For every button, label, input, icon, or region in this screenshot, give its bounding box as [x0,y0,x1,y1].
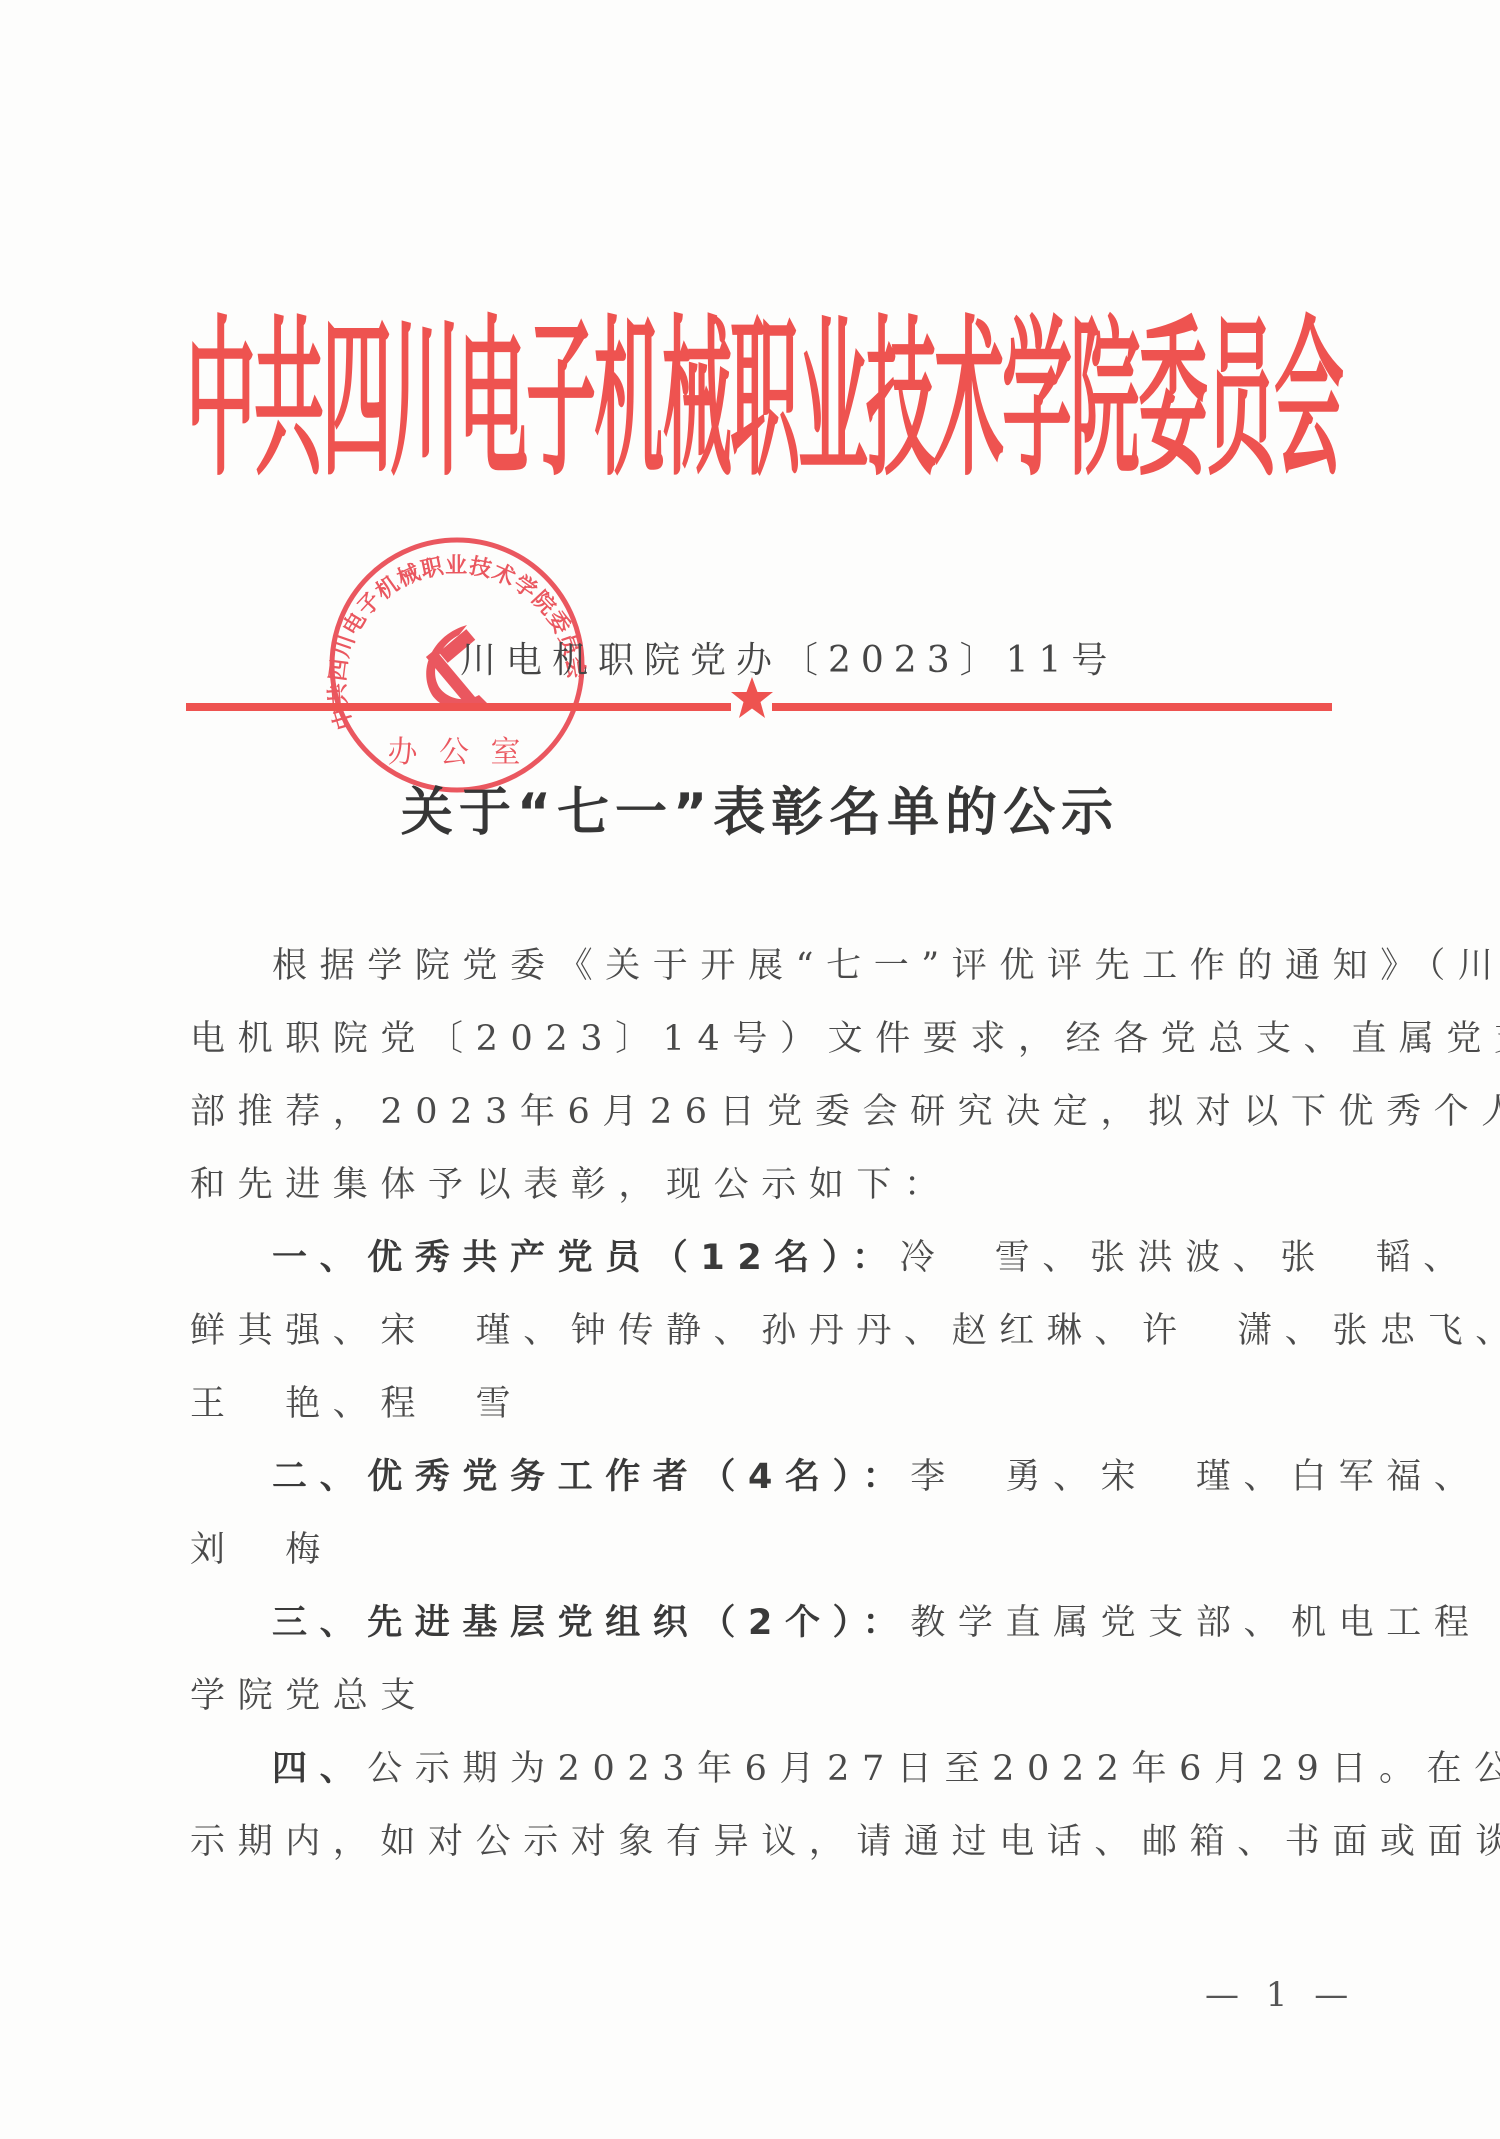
name-list-line: 王 艳、程 雪 [190,1368,1340,1441]
masthead-char: 机 [594,314,662,486]
section-excellent-members: 一、优秀共产党员（12名）：冷 雪、张洪波、张 韬、 [190,1222,1340,1295]
paragraph-line: 部推荐，2023年6月26日党委会研究决定，拟对以下优秀个人 [190,1076,1340,1149]
masthead-char: 共 [254,314,322,486]
page-number: — 1 — [1205,1975,1356,2015]
notice-body: 根据学院党委《关于开展“七一”评优评先工作的通知》（川 电机职院党〔2023〕1… [190,930,1340,1879]
paragraph-text: 公示期为2023年6月27日至2022年6月29日。在公 [367,1749,1500,1789]
masthead-char: 术 [934,314,1002,486]
masthead-char: 院 [1070,314,1138,486]
name-list: 李 勇、宋 瑾、白军福、 [910,1457,1481,1497]
section-heading: 四、 [272,1749,367,1789]
section-heading: 一、优秀共产党员（12名）： [272,1238,900,1278]
masthead-char: 委 [1138,314,1206,486]
masthead-char: 技 [866,314,934,486]
paragraph-line: 根据学院党委《关于开展“七一”评优评先工作的通知》（川 [190,930,1340,1003]
paragraph-line: 示期内，如对公示对象有异议，请通过电话、邮箱、书面或面谈 [190,1806,1340,1879]
paragraph-line: 电机职院党〔2023〕14号）文件要求，经各党总支、直属党支 [190,1003,1340,1076]
name-list-line: 鲜其强、宋 瑾、钟传静、孙丹丹、赵红琳、许 潇、张忠飞、 [190,1295,1340,1368]
masthead-char: 中 [186,314,254,486]
svg-text:办 公 室: 办 公 室 [387,735,526,770]
masthead-char: 子 [526,314,594,486]
masthead-char: 业 [798,314,866,486]
masthead-char: 电 [458,314,526,486]
name-list-line: 刘 梅 [190,1514,1340,1587]
masthead-char: 学 [1002,314,1070,486]
org-list: 教学直属党支部、机电工程 [910,1603,1481,1643]
masthead-char: 川 [390,314,458,486]
section-publicity-period: 四、公示期为2023年6月27日至2022年6月29日。在公 [190,1733,1340,1806]
section-heading: 二、优秀党务工作者（4名）： [272,1457,910,1497]
document-number: 川电机职院党办〔2023〕11号 [460,632,1117,683]
section-heading: 三、先进基层党组织（2个）： [272,1603,910,1643]
masthead-char: 员 [1206,314,1274,486]
paragraph-line: 和先进集体予以表彰，现公示如下： [190,1149,1340,1222]
red-separator-line [186,703,731,711]
name-list: 冷 雪、张洪波、张 韬、 [900,1238,1471,1278]
masthead-char: 四 [322,314,390,486]
section-party-workers: 二、优秀党务工作者（4名）：李 勇、宋 瑾、白军福、 [190,1441,1340,1514]
masthead-char: 职 [730,314,798,486]
masthead-org-name: 中 共 四 川 电 子 机 械 职 业 技 术 学 院 委 员 会 [186,300,1338,500]
notice-title: 关于“七一”表彰名单的公示 [0,770,1500,845]
masthead-char: 械 [662,314,730,486]
document-page: 中 共 四 川 电 子 机 械 职 业 技 术 学 院 委 员 会 中共四川电子… [0,0,1500,2139]
org-list-line: 学院党总支 [190,1660,1340,1733]
red-separator-line [772,703,1332,711]
section-advanced-organizations: 三、先进基层党组织（2个）：教学直属党支部、机电工程 [190,1587,1340,1660]
masthead-char: 会 [1274,314,1342,486]
